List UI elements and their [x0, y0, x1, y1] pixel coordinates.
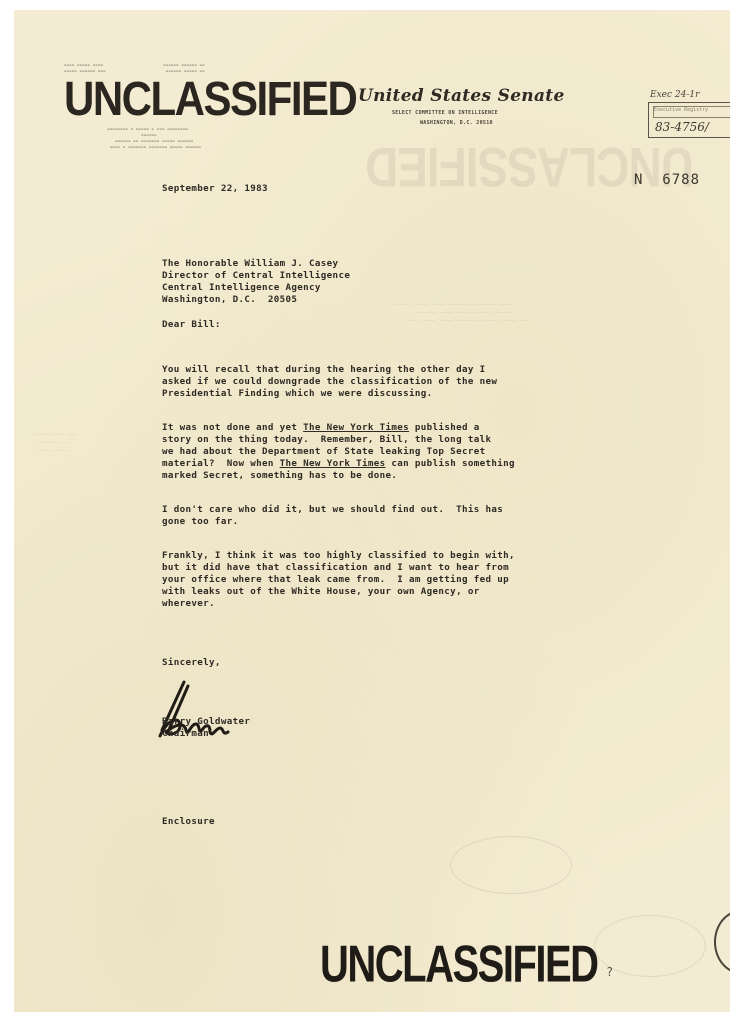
paragraph-2-line-4: material? Now when The New York Times ca…: [162, 458, 515, 470]
letter-page: UNCLASSIFIED ———— ——— ——— ————— ————— ——…: [14, 10, 730, 1012]
paragraph-3-line-2: gone too far.: [162, 516, 238, 528]
registry-handwritten-note: Exec 24-1r: [650, 90, 699, 100]
bleed-through-text: ———— ——— ——— ————— ————— ——— ————— ——— —…: [394, 300, 529, 324]
executive-registry-stamp: Exec 24-1r Executive Registry 83-4756/: [642, 90, 730, 138]
letterhead-staff-list: ======== = ===== = === ======== ====== =…: [102, 126, 201, 150]
text-span: published a: [409, 422, 480, 433]
circled-mark: [714, 910, 730, 974]
text-span: can publish something: [386, 458, 515, 469]
margin-mark: ?: [606, 965, 613, 979]
recipient-line-2: Director of Central Intelligence: [162, 270, 350, 282]
newspaper-title: The New York Times: [280, 458, 386, 469]
paragraph-1-line-2: asked if we could downgrade the classifi…: [162, 376, 497, 388]
paragraph-2-line-2: story on the thing today. Remember, Bill…: [162, 434, 491, 446]
letterhead-address: WASHINGTON, D.C. 20510: [420, 120, 493, 126]
classification-stamp-top: UNCLASSIFIED: [64, 76, 356, 122]
paragraph-4-line-1: Frankly, I think it was too highly class…: [162, 550, 515, 562]
newspaper-title: The New York Times: [303, 422, 409, 433]
bleed-through-stamp: UNCLASSIFIED: [366, 135, 694, 200]
letterhead-committee: SELECT COMMITTEE ON INTELLIGENCE: [392, 110, 498, 116]
text-span: material? Now when: [162, 458, 280, 469]
paragraph-1-line-1: You will recall that during the hearing …: [162, 364, 485, 376]
text-span: It was not done and yet: [162, 422, 303, 433]
enclosure-note: Enclosure: [162, 816, 215, 828]
signer-title: Chairman: [162, 728, 209, 740]
registry-box: Executive Registry 83-4756/: [648, 102, 730, 138]
bleed-through-oval: [450, 836, 572, 894]
salutation: Dear Bill:: [162, 319, 221, 331]
bleed-through-text: ——— ——— —— ———— —— ——— ———: [34, 430, 76, 454]
paragraph-2-line-3: we had about the Department of State lea…: [162, 446, 485, 458]
letter-date: September 22, 1983: [162, 183, 268, 195]
paragraph-4-line-2: but it did have that classification and …: [162, 562, 509, 574]
registry-box-label: Executive Registry: [653, 106, 730, 118]
recipient-line-4: Washington, D.C. 20505: [162, 294, 297, 306]
paragraph-4-line-3: your office where that leak came from. I…: [162, 574, 509, 586]
paragraph-2-line-1: It was not done and yet The New York Tim…: [162, 422, 480, 434]
classification-stamp-bottom: UNCLASSIFIED: [320, 936, 598, 995]
registry-number: 83-4756/: [655, 120, 709, 134]
paragraph-2-line-5: marked Secret, something has to be done.: [162, 470, 397, 482]
paragraph-3-line-1: I don't care who did it, but we should f…: [162, 504, 503, 516]
paragraph-4-line-5: wherever.: [162, 598, 215, 610]
recipient-line-1: The Honorable William J. Casey: [162, 258, 338, 270]
recipient-line-3: Central Intelligence Agency: [162, 282, 321, 294]
paragraph-1-line-3: Presidential Finding which we were discu…: [162, 388, 433, 400]
paragraph-4-line-4: with leaks out of the White House, your …: [162, 586, 480, 598]
document-number: N 6788: [634, 172, 700, 188]
signer-name: Barry Goldwater: [162, 716, 250, 728]
closing: Sincerely,: [162, 657, 221, 669]
letterhead-organization: United States Senate: [358, 86, 565, 106]
